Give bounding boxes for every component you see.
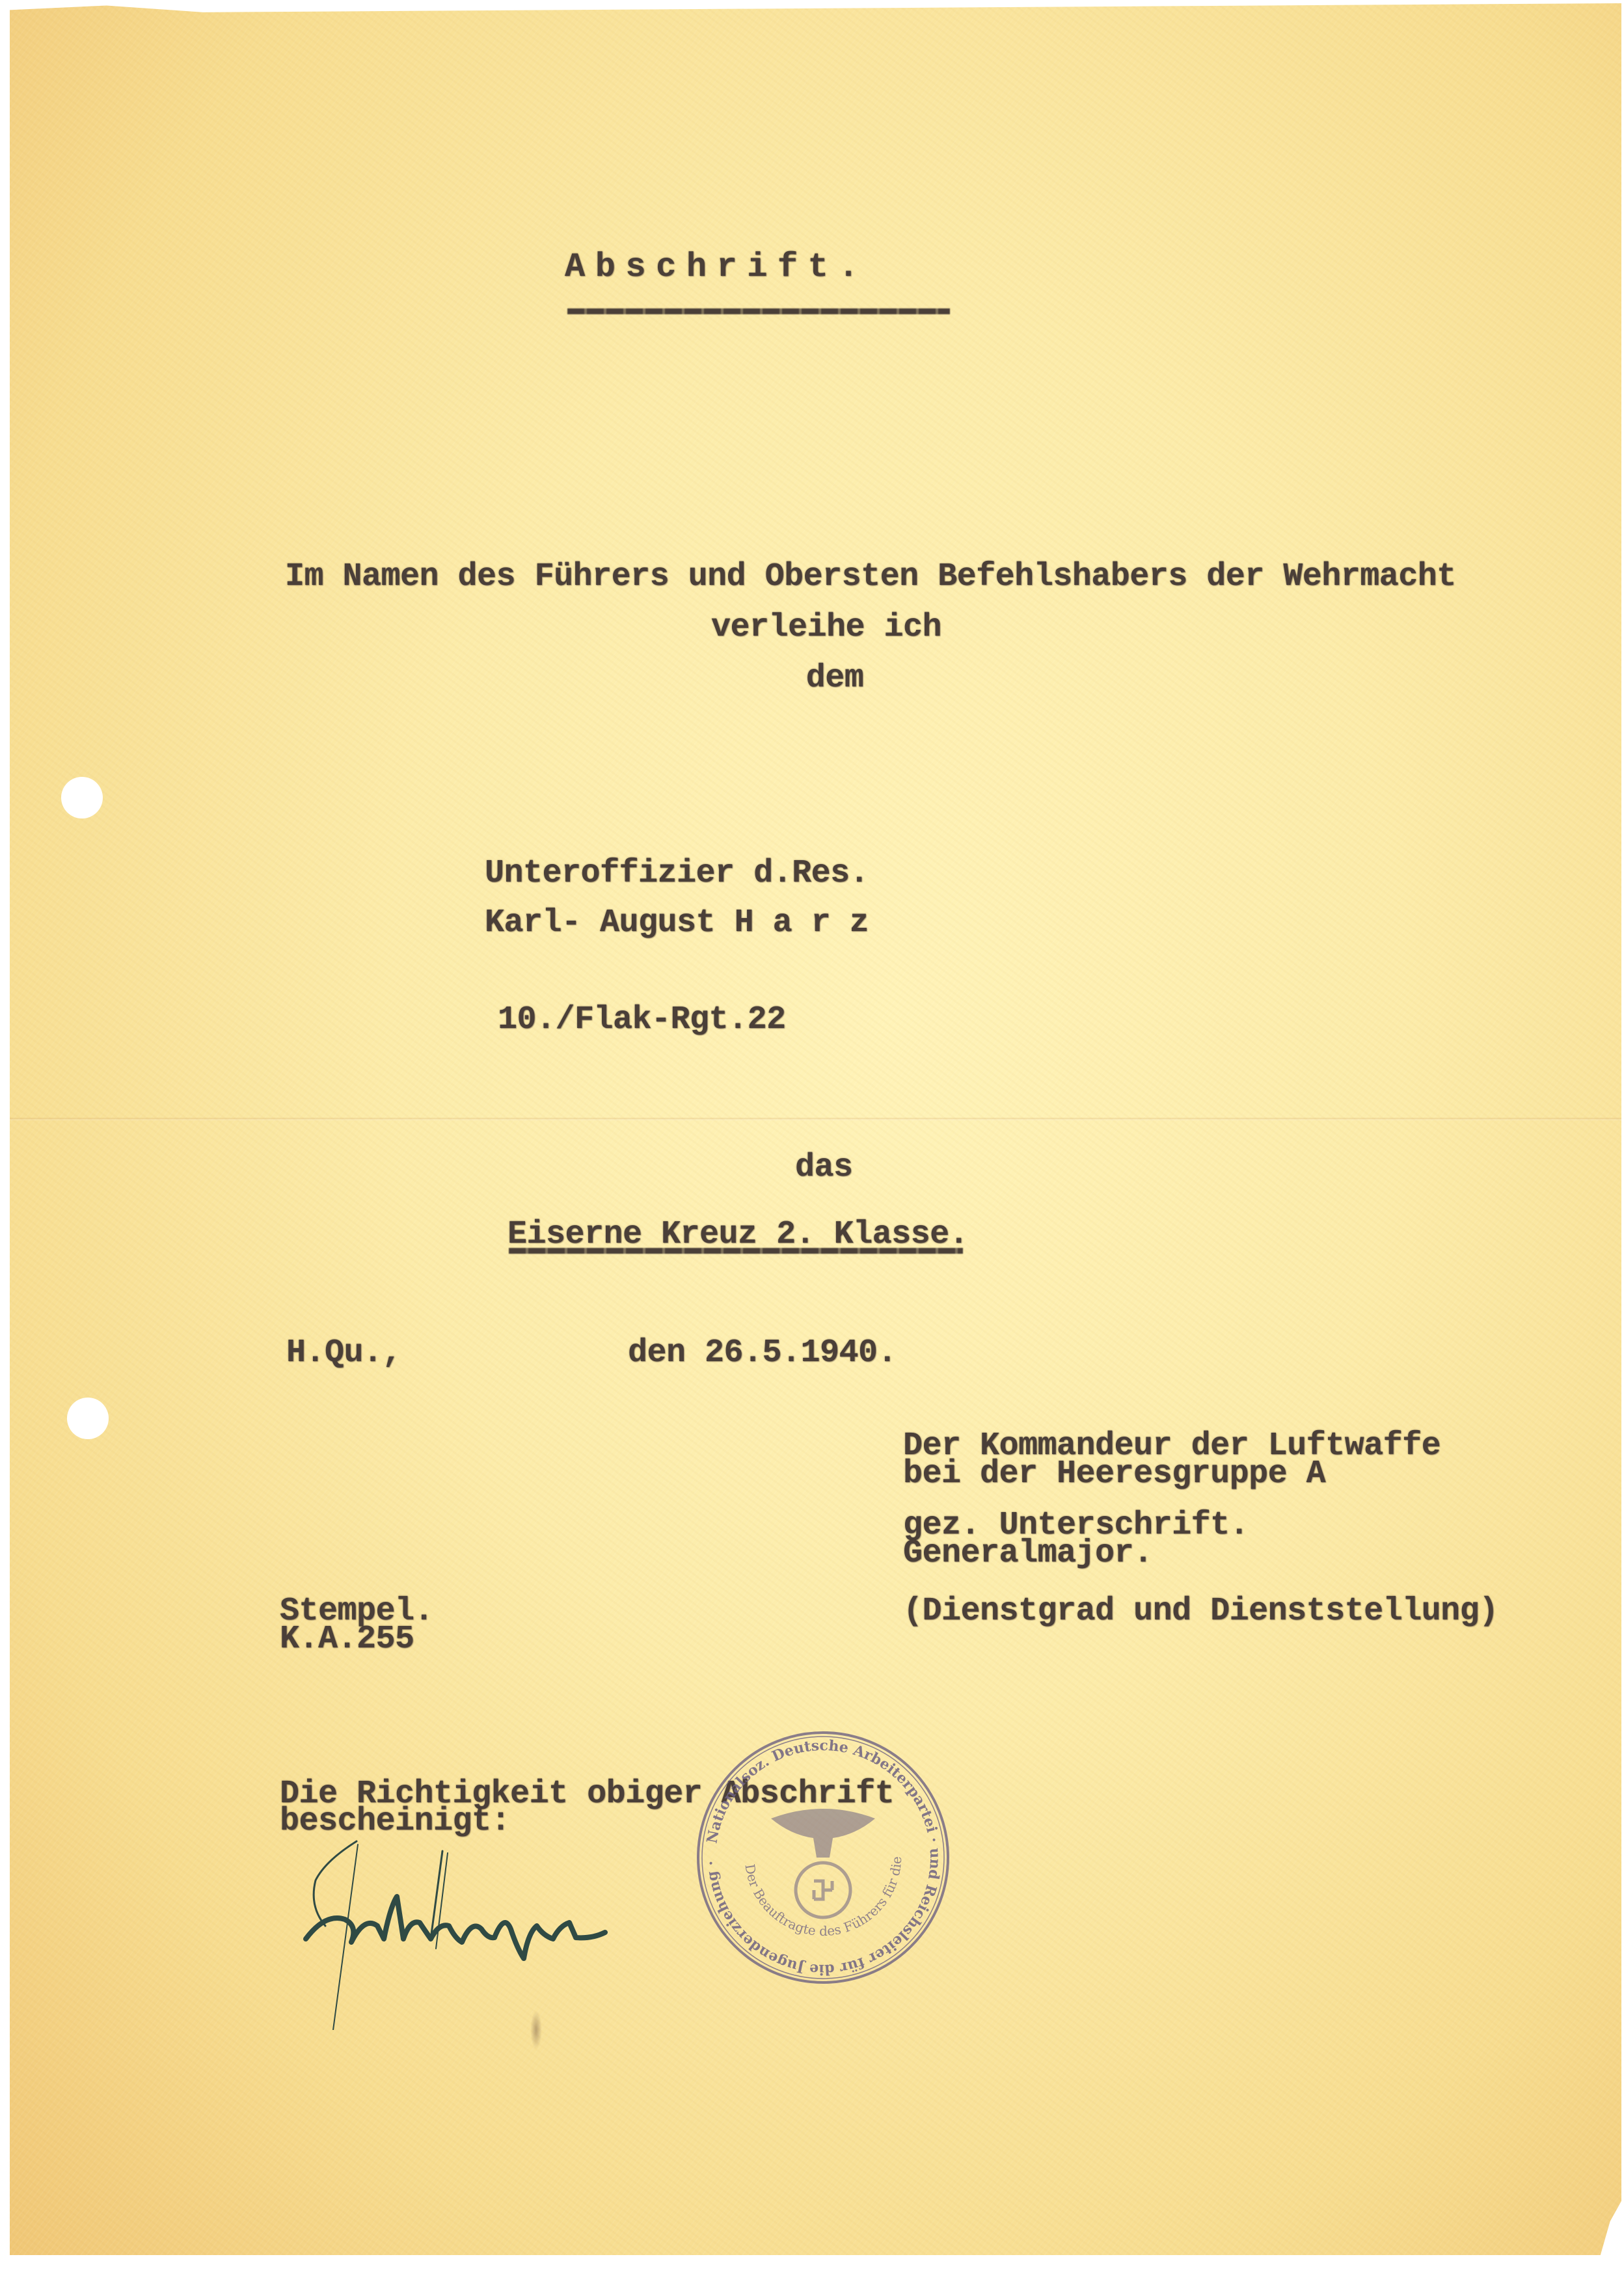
date: den 26.5.1940. (628, 1337, 897, 1370)
issuer-caption: (Dienstgrad und Dienststellung) (903, 1595, 1498, 1628)
place: H.Qu., (286, 1337, 401, 1370)
document-title: Abschrift. (565, 250, 869, 284)
issuer-rank: Generalmajor. (903, 1537, 1153, 1570)
recipient-unit: 10./Flak-Rgt.22 (498, 1004, 786, 1036)
preamble-line-3: dem (806, 662, 864, 695)
punch-hole-icon (67, 1398, 109, 1439)
recipient-rank: Unteroffizier d.Res. (485, 858, 869, 890)
punch-hole-icon (61, 777, 103, 818)
handwritten-signature (286, 1835, 703, 2030)
paper-fold-line (10, 1118, 1621, 1120)
title-underline (567, 308, 950, 314)
issuer-line-2: bei der Heeresgruppe A (903, 1458, 1325, 1491)
certification-line-2: bescheinigt: (280, 1805, 510, 1838)
award-name: Eiserne Kreuz 2. Klasse. (507, 1219, 968, 1251)
award-underline (509, 1248, 963, 1254)
preamble-line-2: verleihe ich (711, 612, 941, 644)
seal-stamp-icon: Nationalsoz. Deutsche Arbeiterpartei · u… (693, 1727, 953, 1988)
ink-smudge (530, 2010, 542, 2049)
award-article: das (795, 1152, 853, 1184)
recipient-name: Karl- August H a r z (485, 907, 869, 940)
svg-text:Nationalsoz. Deutsche Arbeiter: Nationalsoz. Deutsche Arbeiterpartei · u… (703, 1737, 943, 1978)
preamble-line-1: Im Namen des Führers und Obersten Befehl… (285, 561, 1456, 593)
eagle-emblem-icon (771, 1809, 875, 1917)
stamp-note-line-2: K.A.255 (280, 1623, 414, 1656)
